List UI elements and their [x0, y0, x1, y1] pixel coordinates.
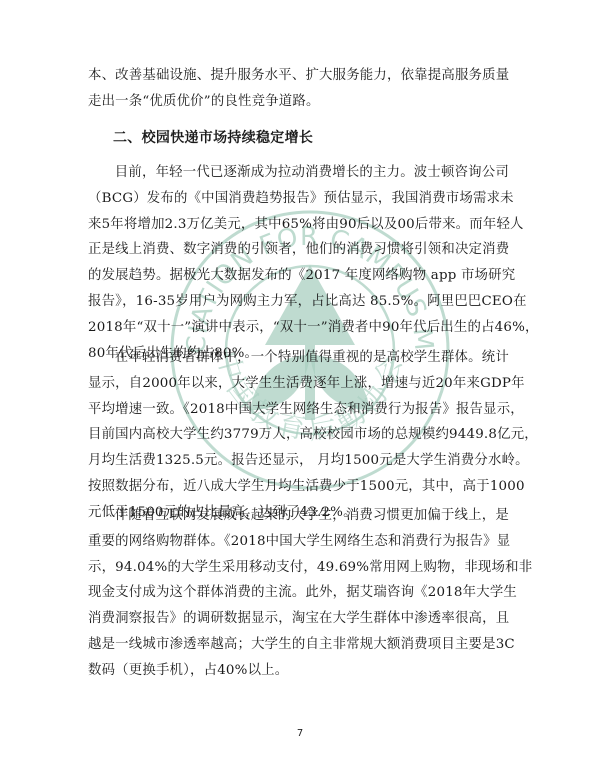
section-heading: 二、校园快递市场持续稳定增长 — [113, 128, 313, 148]
text-line: 数码（更换手机），占40%以上。 — [88, 658, 514, 684]
paragraph-1: 本、改善基础设施、提升服务水平、扩大服务能力，依靠提高服务质量 走出一条“优质优… — [88, 63, 514, 115]
text-line: 目前，年轻一代已逐渐成为拉动消费增长的主力。波士顿咨询公司 — [88, 160, 514, 186]
text-line: 2018年“双十一”演讲中表示，“双十一”消费者中90年代后出生的占46%， — [88, 315, 514, 341]
text-line: 平均增速一致。《2018中国大学生网络生态和消费行为报告》报告显示， — [88, 397, 514, 423]
text-line: 显示，自2000年以来，大学生生活费逐年上涨，增速与近20年来GDP年 — [88, 371, 514, 397]
text-line: 在年轻消费者群体中，一个特别值得重视的是高校学生群体。统计 — [88, 345, 514, 371]
text-line: （BCG）发布的《中国消费趋势报告》预估显示，我国消费市场需求未 — [88, 186, 514, 212]
text-line: 来5年将增加2.3万亿美元，其中65%将由90后以及00后带来。而年轻人 — [88, 212, 514, 238]
text-line: 报告》，16-35岁用户为网购主力军，占比高达 85.5%。阿里巴巴CEO在 — [88, 289, 514, 315]
paragraph-2: 目前，年轻一代已逐渐成为拉动消费增长的主力。波士顿咨询公司 （BCG）发布的《中… — [88, 160, 514, 366]
text-line: 按照数据分布，近八成大学生月均生活费少于1500元，其中，高于1000 — [88, 474, 514, 500]
text-line: 消费洞察报告》的调研数据显示，淘宝在大学生群体中渗透率很高，且 — [88, 606, 514, 632]
page-number: 7 — [0, 728, 600, 739]
text-line: 越是一线城市渗透率越高；大学生的自主非常规大额消费项目主要是3C — [88, 632, 514, 658]
paragraph-3: 在年轻消费者群体中，一个特别值得重视的是高校学生群体。统计 显示，自2000年以… — [88, 345, 514, 526]
text-line: 目前国内高校大学生约3779万人，高校校园市场的总规模约9449.8亿元， — [88, 422, 514, 448]
text-line: 的发展趋势。据极光大数据发布的《2017 年度网络购物 app 市场研究 — [88, 263, 514, 289]
text-line: 走出一条“优质优价”的良性竞争道路。 — [88, 89, 514, 115]
text-line: 重要的网络购物群体。《2018中国大学生网络生态和消费行为报告》显 — [88, 529, 514, 555]
paragraph-4: 伴随着互联网发展成长起来的大学生，消费习惯更加偏于线上，是 重要的网络购物群体。… — [88, 503, 514, 684]
text-line: 伴随着互联网发展成长起来的大学生，消费习惯更加偏于线上，是 — [88, 503, 514, 529]
text-line: 现金支付成为这个群体消费的主流。此外，据艾瑞咨询《2018年大学生 — [88, 580, 514, 606]
text-line: 正是线上消费、数字消费的引领者，他们的消费习惯将引领和决定消费 — [88, 237, 514, 263]
text-line: 示，94.04%的大学生采用移动支付，49.69%常用网上购物，非现场和非 — [88, 555, 514, 581]
text-line: 本、改善基础设施、提升服务水平、扩大服务能力，依靠提高服务质量 — [88, 63, 514, 89]
text-line: 月均生活费1325.5元。报告还显示， 月均1500元是大学生消费分水岭。 — [88, 448, 514, 474]
